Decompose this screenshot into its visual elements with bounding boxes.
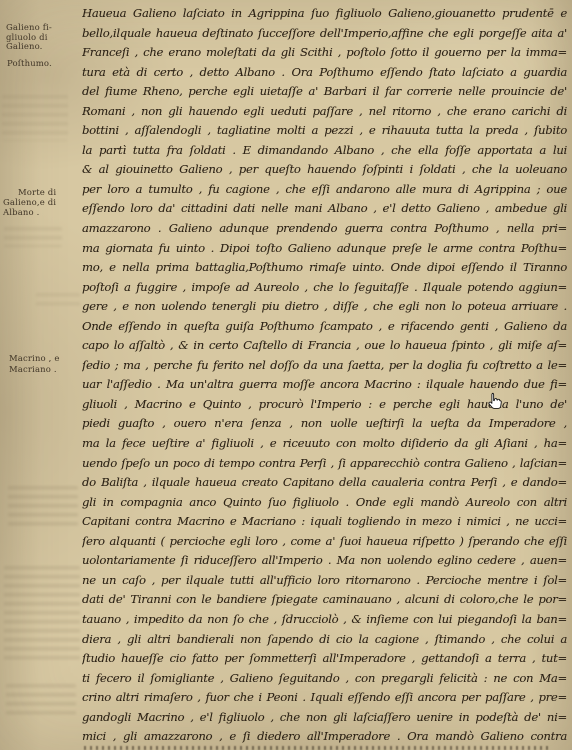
text-line: ſtudio haueſſe cio fatto per ſommetterſi… (82, 648, 567, 668)
text-line: Capitani contra Macrino e Macriano : iqu… (82, 511, 567, 531)
margin-note-line: Poſthumo. (7, 59, 81, 69)
text-line: bottini , aſſalendogli , tagliatine molt… (82, 120, 567, 140)
text-line: & al giouinetto Galieno , per queſto hau… (82, 159, 567, 179)
text-line: mici , gli amazzarono , e ſi diedero all… (82, 726, 567, 746)
book-page[interactable]: Galieno fi- gliuolo di Galieno. Poſthumo… (0, 0, 572, 750)
margin-note-morte-di-galieno: Morte di Galieno,e di Albano . (3, 188, 81, 217)
bleed-through-text (4, 566, 80, 662)
text-line: ma la fece ueſtire a' figliuoli , e rice… (82, 433, 567, 453)
text-line: gandogli Macrino , e'l figliuolo , che n… (82, 707, 567, 727)
text-line: ſero alquanti ( percioche egli loro , co… (82, 531, 567, 551)
text-line: dati de' Tiranni con le bandiere ſpiegat… (82, 589, 567, 609)
text-line: Franceſi , che erano moleſtati da gli Sc… (82, 42, 567, 62)
cut-off-text-line (84, 746, 550, 750)
text-line: bello,ilquale haueua deſtinato ſucceſſor… (82, 23, 567, 43)
text-line: uolontariamente ſi riduceſſero all'Imper… (82, 550, 567, 570)
text-line: per loro a tumulto , fu cagione , che eſ… (82, 179, 567, 199)
text-line: la partì tutta fra ſoldati . E dimandand… (82, 140, 567, 160)
text-line: ne un caſo , per ilquale tutti all'uffic… (82, 570, 567, 590)
text-line: ti fecero il ſomigliante , Galieno ſegui… (82, 668, 567, 688)
text-line: gliuoli , Macrino e Quinto , procurò l'I… (82, 394, 567, 414)
margin-note-galieno-figliuolo: Galieno fi- gliuolo di Galieno. (6, 23, 80, 52)
text-line: poſtoſi a fuggire , impoſe ad Aureolo , … (82, 277, 567, 297)
text-line: diera , gli altri bandierali non ſapendo… (82, 629, 567, 649)
bleed-through-text (6, 684, 76, 718)
text-line: tura età di certo , detto Albano . Ora P… (82, 62, 567, 82)
text-line: Haueua Galieno laſciato in Agrippina ſuo… (82, 3, 567, 23)
text-line: eſſendo loro da' cittadini dati nelle ma… (82, 198, 567, 218)
bleed-through-text (36, 293, 80, 309)
bleed-through-text (4, 227, 62, 247)
text-line: crino altri rimaſero , fuor che i Peoni … (82, 687, 567, 707)
text-line: Onde eſſendo in queſta guiſa Poſthumo ſc… (82, 316, 567, 336)
text-line: Romani , non gli hauendo egli ueduti paſ… (82, 101, 567, 121)
text-line: uendo ſpeſo un poco di tempo contra Perſ… (82, 453, 567, 473)
text-line: do Baliſta , ilquale haueua creato Capit… (82, 472, 567, 492)
text-line: tauano , impedito da non ſo che , ſdrucc… (82, 609, 567, 629)
text-line: del fiume Rheno, perche egli uietaſſe a'… (82, 81, 567, 101)
text-line: capo lo aſſaltò , & in certo Caſtello di… (82, 335, 567, 355)
margin-note-line: Macrino , e (9, 353, 83, 364)
margin-note-posthumo: Poſthumo. (7, 59, 81, 69)
margin-note-line: Macriano . (9, 364, 83, 375)
text-block: Haueua Galieno laſciato in Agrippina ſuo… (82, 3, 567, 746)
text-line: amazzarono . Galieno adunque prendendo g… (82, 218, 567, 238)
bleed-through-text (2, 95, 68, 141)
text-line: mo, e nella prima battaglia,Poſthumo rim… (82, 257, 567, 277)
text-line: ſedio ; ma , perche fu ferito nel doſſo … (82, 355, 567, 375)
bleed-through-text (8, 486, 78, 530)
margin-note-line: Galieno. (6, 42, 80, 52)
margin-note-macrino-macriano: Macrino , e Macriano . (9, 353, 83, 374)
text-line: gli in compagnia anco Quinto ſuo figliuo… (82, 492, 567, 512)
text-line: uar l'aſſedio . Ma un'altra guerra moſſe… (82, 374, 567, 394)
text-line: piedi guaſto , ouero n'era ſenza , non u… (82, 413, 567, 433)
text-line: ma giornata fu uinto . Dipoi toſto Galie… (82, 238, 567, 258)
text-line: gere , e non uolendo tenergli piu dietro… (82, 296, 567, 316)
margin-note-line: Albano . (3, 208, 81, 218)
